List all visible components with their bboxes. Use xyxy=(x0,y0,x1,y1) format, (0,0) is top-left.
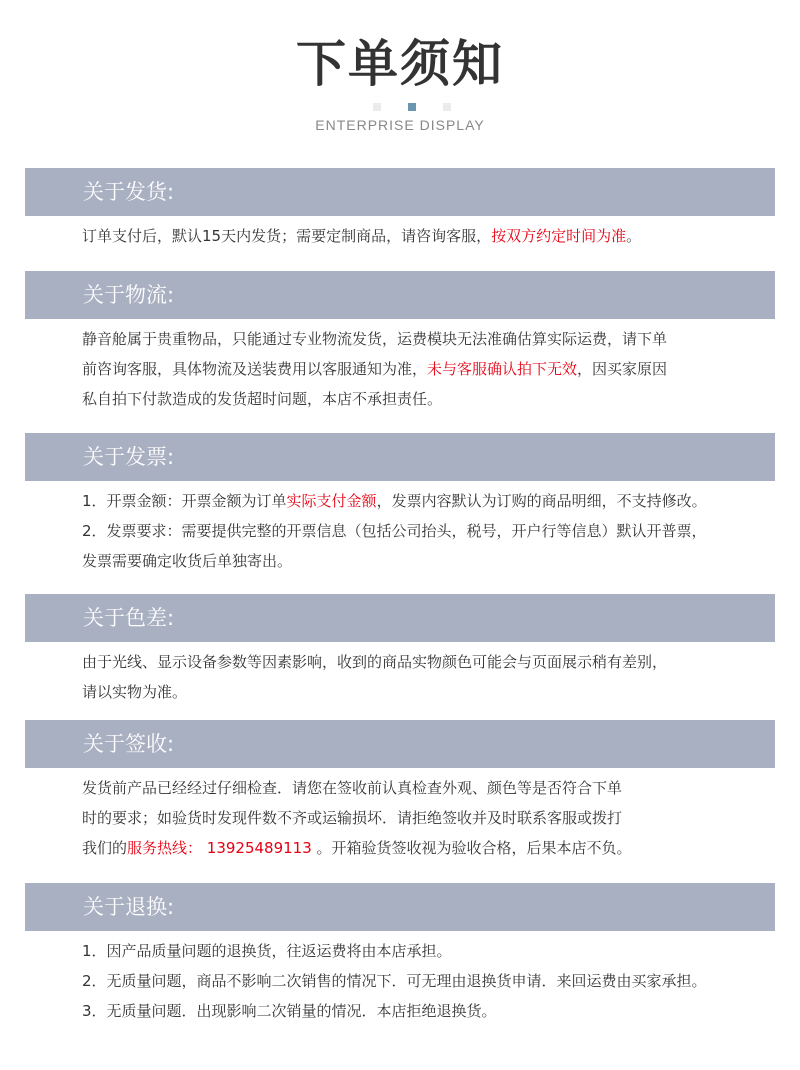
text-line: 我们的服务热线： 13925489113 。开箱验货签收视为验收合格，后果本店不… xyxy=(82,833,792,863)
page-subtitle: ENTERPRISE DISPLAY xyxy=(0,117,800,133)
section-header-bar: 关于退换: xyxy=(25,883,775,931)
text-line: 时的要求；如验货时发现件数不齐或运输损坏．请拒绝签收并及时联系客服或拨打 xyxy=(82,803,792,833)
list-item: 2．无质量问题，商品不影响二次销售的情况下．可无理由退换货申请．来回运费由买家承… xyxy=(82,966,792,996)
text-line: 发货前产品已经经过仔细检查．请您在签收前认真检查外观、颜色等是否符合下单 xyxy=(82,773,792,803)
text-line: 订单支付后，默认15天内发货；需要定制商品，请咨询客服，按双方约定时间为准。 xyxy=(82,221,792,251)
dot-active-icon xyxy=(408,103,416,111)
section-title: 关于签收: xyxy=(83,730,174,758)
section-body: 订单支付后，默认15天内发货；需要定制商品，请咨询客服，按双方约定时间为准。 xyxy=(82,221,792,251)
text-line: 静音舱属于贵重物品，只能通过专业物流发货，运费模块无法准确估算实际运费，请下单 xyxy=(82,324,792,354)
section-title: 关于色差: xyxy=(83,604,174,632)
page-title: 下单须知 xyxy=(0,32,800,96)
text-line: 发票需要确定收货后单独寄出。 xyxy=(82,546,792,576)
section-title: 关于发票: xyxy=(83,443,174,471)
section-body: 由于光线、显示设备参数等因素影响，收到的商品实物颜色可能会与页面展示稍有差别， … xyxy=(82,647,792,707)
section-header-bar: 关于发票: xyxy=(25,433,775,481)
text-line: 请以实物为准。 xyxy=(82,677,792,707)
section-header-bar: 关于物流: xyxy=(25,271,775,319)
section-body: 1．开票金额：开票金额为订单实际支付金额，发票内容默认为订购的商品明细，不支持修… xyxy=(82,486,792,576)
section-body: 静音舱属于贵重物品，只能通过专业物流发货，运费模块无法准确估算实际运费，请下单 … xyxy=(82,324,792,414)
list-item: 1．开票金额：开票金额为订单实际支付金额，发票内容默认为订购的商品明细，不支持修… xyxy=(82,486,792,516)
dot-icon xyxy=(443,103,451,111)
text-line: 前咨询客服，具体物流及送装费用以客服通知为准，未与客服确认拍下无效，因买家原因 xyxy=(82,354,792,384)
highlight-text: 实际支付金额 xyxy=(287,492,377,510)
text-line: 私自拍下付款造成的发货超时问题，本店不承担责任。 xyxy=(82,384,792,414)
decorative-dots xyxy=(0,103,800,111)
section-body: 发货前产品已经经过仔细检查．请您在签收前认真检查外观、颜色等是否符合下单 时的要… xyxy=(82,773,792,863)
text-line: 由于光线、显示设备参数等因素影响，收到的商品实物颜色可能会与页面展示稍有差别， xyxy=(82,647,792,677)
section-title: 关于物流: xyxy=(83,281,174,309)
section-body: 1．因产品质量问题的退换货，往返运费将由本店承担。 2．无质量问题，商品不影响二… xyxy=(82,936,792,1026)
section-header-bar: 关于发货: xyxy=(25,168,775,216)
section-title: 关于退换: xyxy=(83,893,174,921)
dot-icon xyxy=(373,103,381,111)
list-item: 3．无质量问题．出现影响二次销量的情况．本店拒绝退换货。 xyxy=(82,996,792,1026)
section-title: 关于发货: xyxy=(83,178,174,206)
list-item: 1．因产品质量问题的退换货，往返运费将由本店承担。 xyxy=(82,936,792,966)
highlight-text: 未与客服确认拍下无效 xyxy=(427,360,577,378)
highlight-text: 按双方约定时间为准 xyxy=(491,227,626,245)
list-item: 2．发票要求：需要提供完整的开票信息（包括公司抬头，税号，开户行等信息）默认开普… xyxy=(82,516,792,546)
section-header-bar: 关于签收: xyxy=(25,720,775,768)
section-header-bar: 关于色差: xyxy=(25,594,775,642)
service-hotline: 服务热线： 13925489113 xyxy=(127,839,312,857)
